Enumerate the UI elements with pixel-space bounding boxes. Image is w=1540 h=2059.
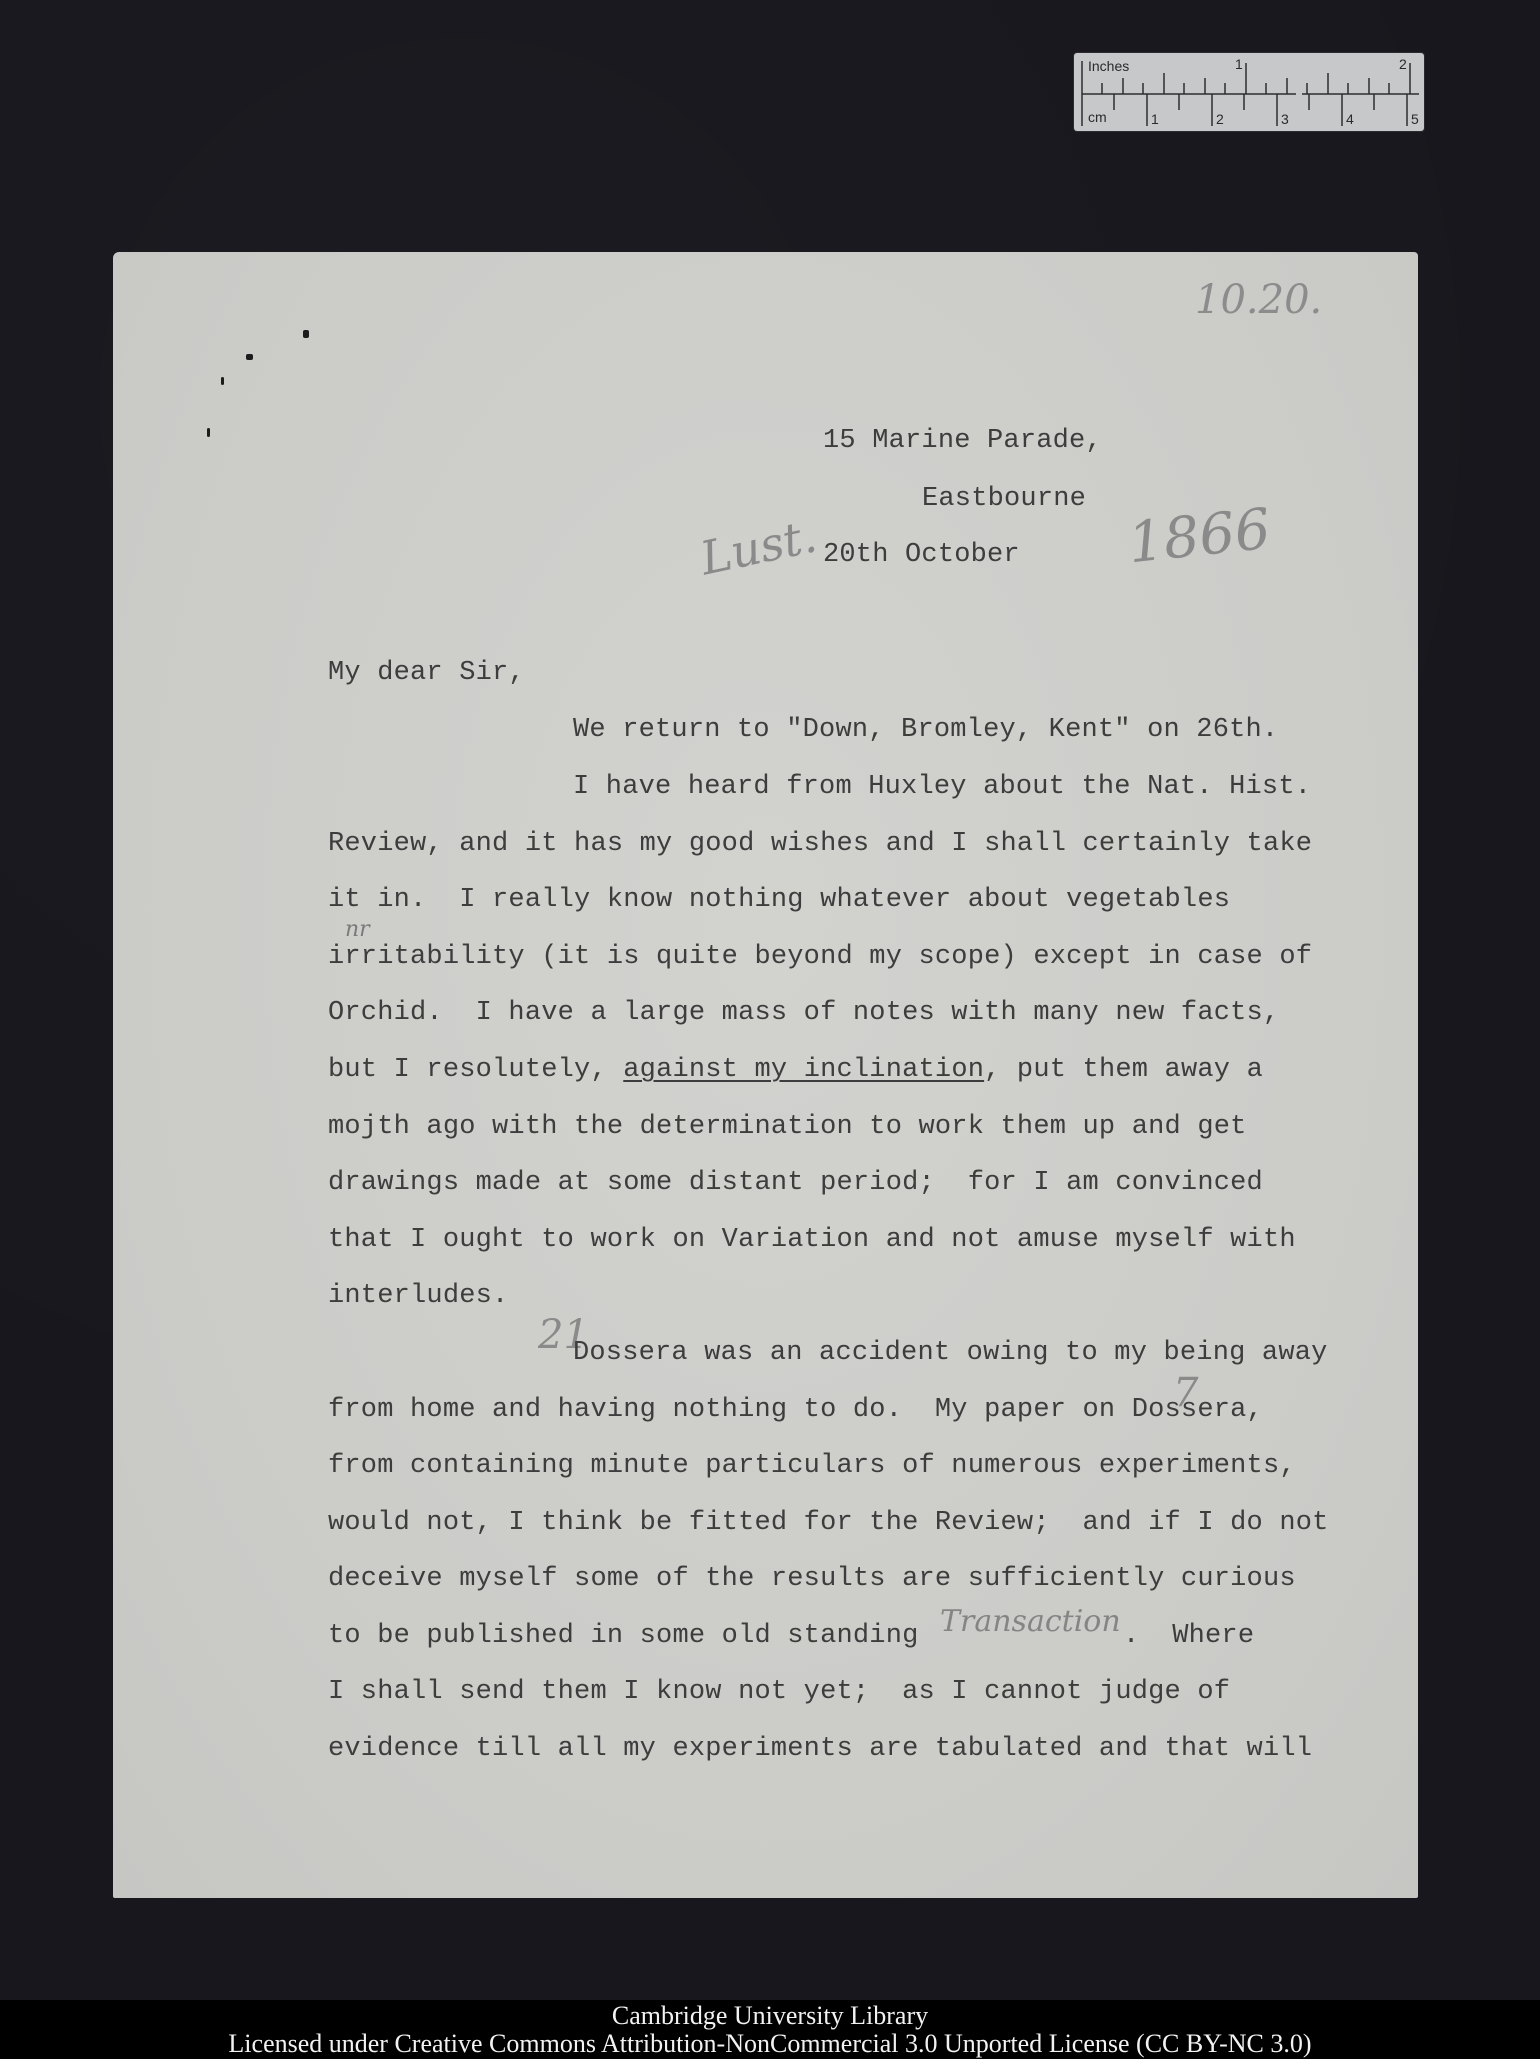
ruler-inches-label: Inches xyxy=(1088,58,1129,74)
address-line-1: 15 Marine Parade, xyxy=(823,428,1102,455)
paper-mark xyxy=(246,354,253,360)
body-line-segment: but I resolutely, xyxy=(328,1055,607,1085)
underlined-phrase: against my inclination xyxy=(623,1055,984,1085)
footer-institution: Cambridge University Library xyxy=(0,2000,1540,2030)
ruler-cm-label: cm xyxy=(1088,109,1107,125)
scale-ruler: Inches 1 2 cm 1 2 3 4 5 xyxy=(1074,53,1424,131)
handwritten-note-left-of-date: Lust. xyxy=(696,508,822,585)
body-line: I have heard from Huxley about the Nat. … xyxy=(573,774,1311,801)
body-line-segment: , put them away a xyxy=(984,1055,1263,1085)
address-line-2: Eastbourne xyxy=(922,486,1086,513)
ruler-cm-mark-3: 3 xyxy=(1281,111,1289,127)
body-line: Dossera was an accident owing to my bein… xyxy=(573,1340,1328,1367)
paper-mark xyxy=(303,330,309,338)
body-line: mojth ago with the determination to work… xyxy=(328,1114,1247,1141)
paper-mark xyxy=(207,428,210,437)
handwritten-year: 1866 xyxy=(1125,497,1274,577)
body-line-segment: . Where xyxy=(1123,1623,1254,1650)
body-line: interludes. xyxy=(328,1283,508,1310)
attribution-footer: Cambridge University Library Licensed un… xyxy=(0,2000,1540,2059)
archive-number: 10.20. xyxy=(1195,277,1322,323)
letter-date: 20th October xyxy=(823,542,1020,569)
paper-mark xyxy=(221,377,224,385)
ruler-cm-mark-4: 4 xyxy=(1346,111,1354,127)
ruler-cm-mark-5: 5 xyxy=(1411,111,1419,127)
body-line: Review, and it has my good wishes and I … xyxy=(328,831,1312,858)
body-line: drawings made at some distant period; fo… xyxy=(328,1170,1263,1197)
body-line: We return to "Down, Bromley, Kent" on 26… xyxy=(573,717,1278,744)
body-line: irritability (it is quite beyond my scop… xyxy=(328,944,1312,971)
body-line: I shall send them I know not yet; as I c… xyxy=(328,1679,1230,1706)
body-line: it in. I really know nothing whatever ab… xyxy=(328,887,1230,914)
ruler-inch-mark-2: 2 xyxy=(1399,56,1407,72)
body-line: would not, I think be fitted for the Rev… xyxy=(328,1510,1329,1537)
ruler-inch-mark-1: 1 xyxy=(1235,56,1243,72)
ruler-cm-mark-2: 2 xyxy=(1216,111,1224,127)
handwritten-correction: nr xyxy=(345,917,370,942)
body-line: that I ought to work on Variation and no… xyxy=(328,1227,1296,1254)
body-line: evidence till all my experiments are tab… xyxy=(328,1736,1312,1763)
ruler-cm-mark-1: 1 xyxy=(1151,111,1159,127)
footer-license: Licensed under Creative Commons Attribut… xyxy=(0,2030,1540,2058)
letter-page: 10.20. 15 Marine Parade, Eastbourne 20th… xyxy=(113,252,1418,1898)
body-line: Orchid. I have a large mass of notes wit… xyxy=(328,1000,1279,1027)
salutation: My dear Sir, xyxy=(328,660,525,687)
body-line-underlined: but I resolutely, against my inclination… xyxy=(328,1057,1263,1084)
body-line: deceive myself some of the results are s… xyxy=(328,1566,1296,1593)
body-line: to be published in some old standing xyxy=(328,1623,919,1650)
handwritten-insert: Transaction xyxy=(940,1604,1121,1639)
body-line: from home and having nothing to do. My p… xyxy=(328,1397,1263,1424)
body-line: from containing minute particulars of nu… xyxy=(328,1453,1296,1480)
